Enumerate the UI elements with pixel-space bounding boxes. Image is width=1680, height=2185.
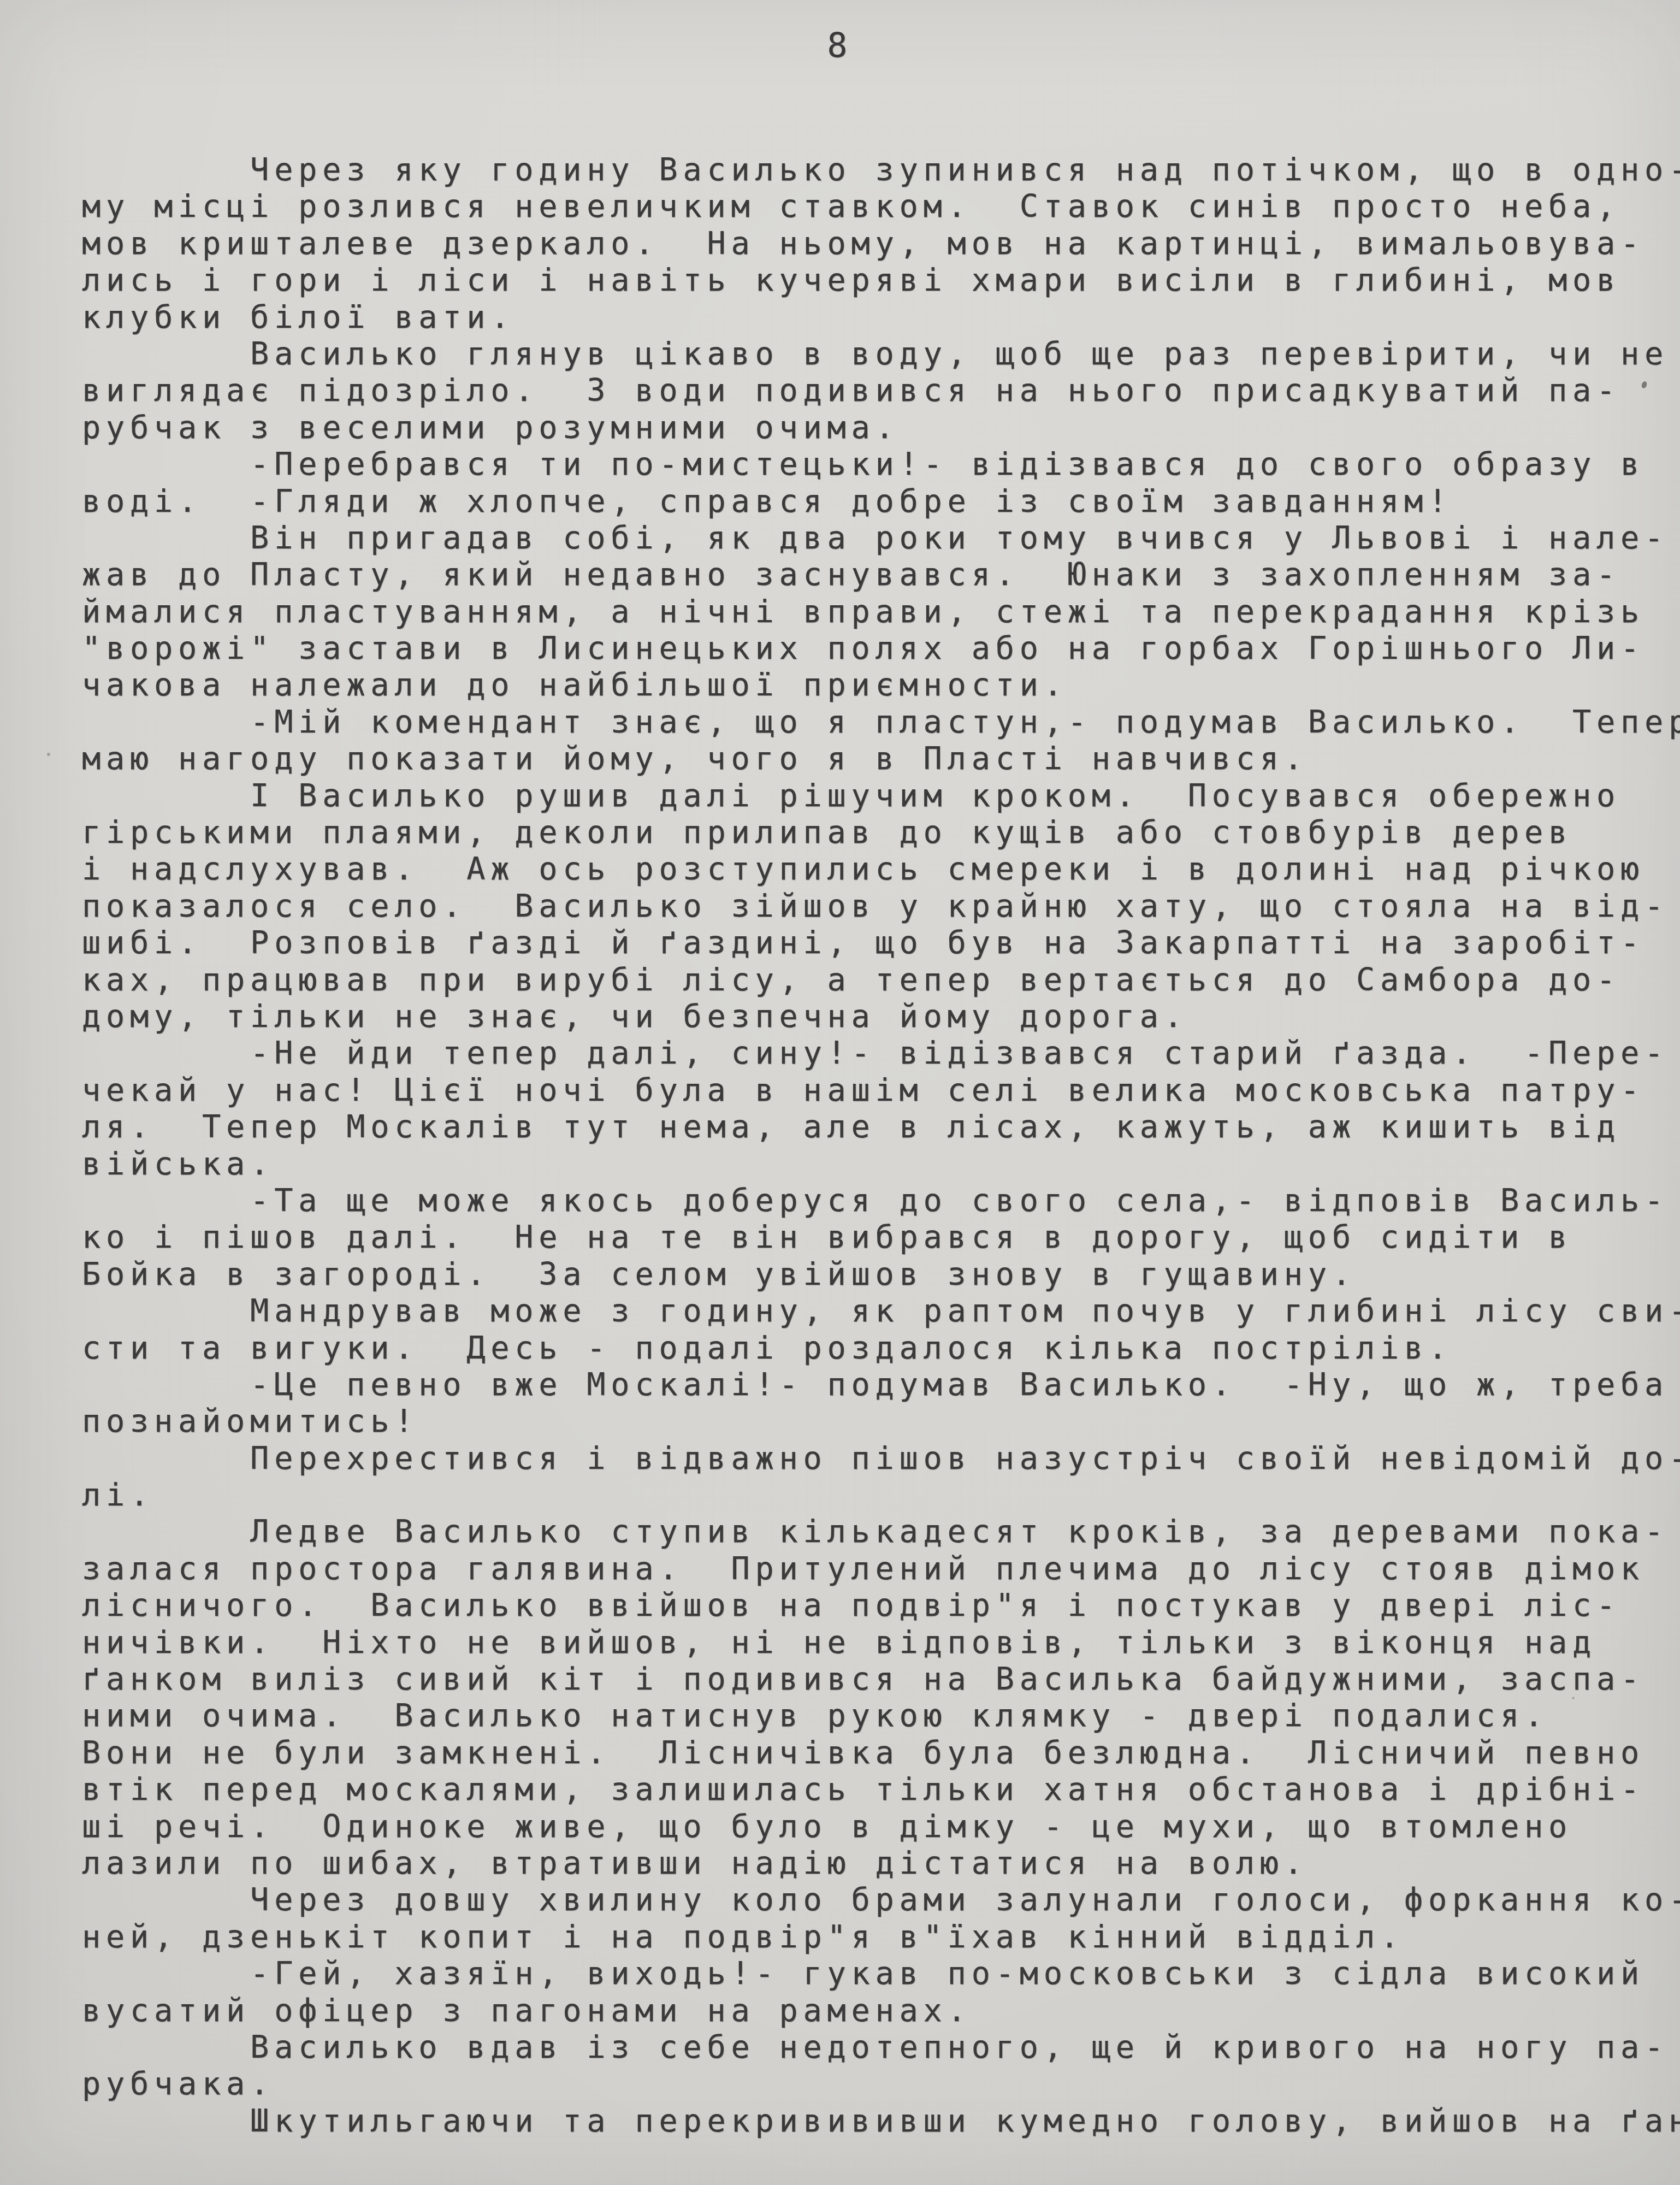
text-line: показалося село. Василько зійшов у крайн…	[82, 888, 1680, 925]
text-line: Ледве Василько ступив кількадесят кроків…	[82, 1514, 1680, 1550]
text-line: -Це певно вже Москалі!- подумав Василько…	[82, 1367, 1680, 1403]
text-line: Вони не були замкнені. Лісничівка була б…	[82, 1735, 1680, 1771]
text-line: залася простора галявина. Притулений пле…	[82, 1551, 1680, 1587]
text-line: Мандрував може з годину, як раптом почув…	[82, 1293, 1680, 1330]
text-line: ко і пішов далі. Не на те він вибрався в…	[82, 1219, 1680, 1256]
text-line: втік перед москалями, залишилась тільки …	[82, 1771, 1680, 1808]
text-line: Бойка в загороді. За селом увійшов знову…	[82, 1256, 1680, 1293]
text-line: -Мій комендант знає, що я пластун,- поду…	[82, 704, 1680, 741]
body-text: Через яку годину Василько зупинився над …	[82, 152, 1680, 2140]
text-line: ймалися пластуванням, а нічні вправи, ст…	[82, 594, 1680, 630]
text-line: Через довшу хвилину коло брами залунали …	[82, 1882, 1680, 1918]
text-line: познайомитись!	[82, 1403, 1680, 1440]
text-line: воді. -Гляди ж хлопче, справся добре із …	[82, 483, 1680, 520]
ink-speck	[47, 753, 50, 756]
text-line: мов кришталеве дзеркало. На ньому, мов н…	[82, 226, 1680, 262]
text-line: лісничого. Василько ввійшов на подвір"я …	[82, 1587, 1680, 1624]
text-line: "ворожі" застави в Лисинецьких полях або…	[82, 630, 1680, 667]
document-page: 8 Через яку годину Василько зупинився на…	[0, 0, 1680, 2185]
text-line: Василько вдав із себе недотепного, ще й …	[82, 2029, 1680, 2066]
text-line: вусатий офіцер з пагонами на раменах.	[82, 1993, 1680, 2029]
page-number: 8	[0, 25, 1680, 65]
text-line: клубки білої вати.	[82, 299, 1680, 336]
text-line: ґанком виліз сивий кіт і подивився на Ва…	[82, 1661, 1680, 1698]
text-line: лись і гори і ліси і навіть кучеряві хма…	[82, 262, 1680, 299]
text-line: лі.	[82, 1477, 1680, 1514]
text-line: чакова належали до найбільшої приємности…	[82, 667, 1680, 704]
text-line: Василько глянув цікаво в воду, щоб ще ра…	[82, 336, 1680, 373]
text-line: війська.	[82, 1146, 1680, 1183]
text-line: Він пригадав собі, як два роки тому вчив…	[82, 520, 1680, 557]
text-line: ля. Тепер Москалів тут нема, але в лісах…	[82, 1109, 1680, 1145]
text-line: ними очима. Василько натиснув рукою клям…	[82, 1698, 1680, 1734]
text-line: -Та ще може якось доберуся до свого села…	[82, 1183, 1680, 1219]
text-line: Перехрестився і відважно пішов назустріч…	[82, 1440, 1680, 1477]
text-line: жав до Пласту, який недавно заснувався. …	[82, 557, 1680, 593]
text-line: чекай у нас! Цієї ночі була в нашім селі…	[82, 1072, 1680, 1109]
text-line: -Гей, хазяїн, виходь!- гукав по-московсь…	[82, 1956, 1680, 1992]
text-line: виглядає підозріло. З води подивився на …	[82, 373, 1680, 409]
text-line: Шкутильгаючи та перекривививши кумедно г…	[82, 2103, 1680, 2140]
text-line: -Перебрався ти по-мистецьки!- відізвався…	[82, 446, 1680, 483]
text-line: маю нагоду показати йому, чого я в Пласт…	[82, 741, 1680, 777]
text-line: ничівки. Ніхто не вийшов, ні не відповів…	[82, 1625, 1680, 1661]
text-line: му місці розлився невеличким ставком. Ст…	[82, 188, 1680, 225]
text-line: рубчак з веселими розумними очима.	[82, 410, 1680, 446]
text-line: рубчака.	[82, 2066, 1680, 2103]
text-line: шибі. Розповів ґазді й ґаздині, що був н…	[82, 925, 1680, 961]
text-line: І Василько рушив далі рішучим кроком. По…	[82, 778, 1680, 814]
text-line: лазили по шибах, втративши надію дістати…	[82, 1845, 1680, 1882]
text-line: сти та вигуки. Десь - подалі роздалося к…	[82, 1330, 1680, 1367]
text-line: і надслухував. Аж ось розступились смере…	[82, 851, 1680, 888]
text-line: ші речі. Одиноке живе, що було в дімку -…	[82, 1809, 1680, 1845]
text-line: дому, тільки не знає, чи безпечна йому д…	[82, 999, 1680, 1035]
text-line: ней, дзенькіт копит і на подвір"я в"їхав…	[82, 1919, 1680, 1956]
text-line: гірськими плаями, деколи прилипав до кущ…	[82, 814, 1680, 851]
text-line: ках, працював при вирубі лісу, а тепер в…	[82, 962, 1680, 999]
text-line: -Не йди тепер далі, сину!- відізвався ст…	[82, 1035, 1680, 1072]
text-line: Через яку годину Василько зупинився над …	[82, 152, 1680, 188]
